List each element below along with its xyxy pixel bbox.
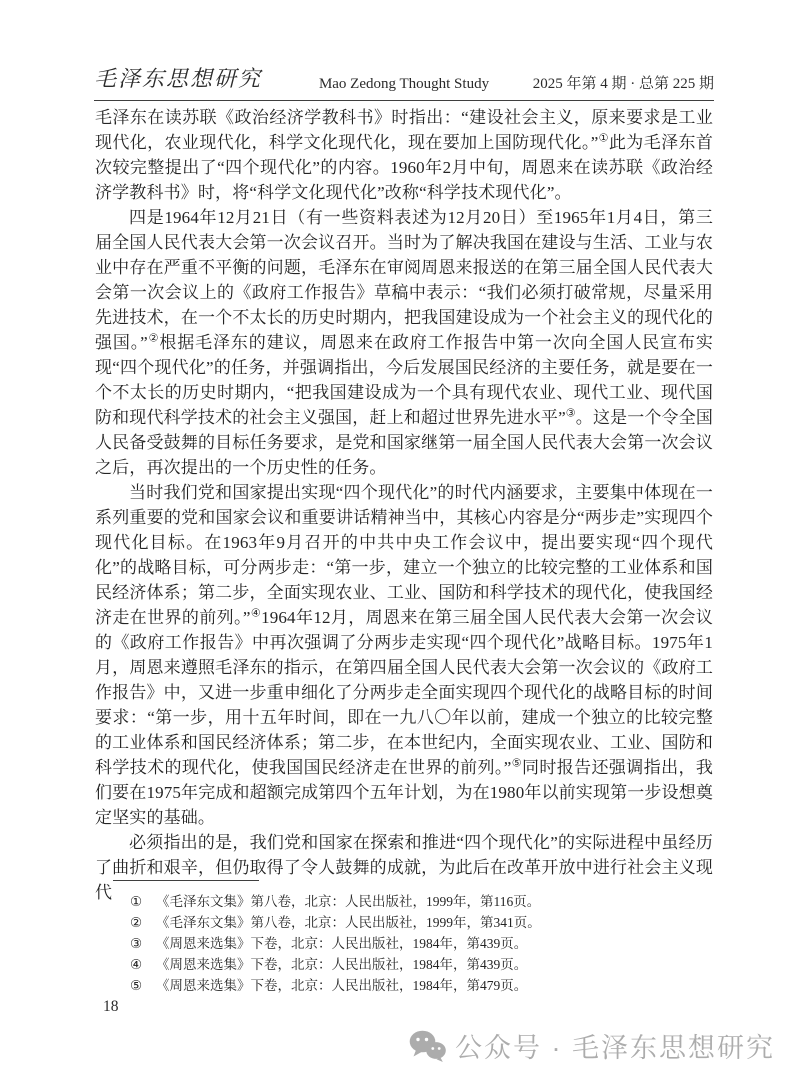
footnote-separator bbox=[113, 880, 259, 881]
paragraph: 毛泽东在读苏联《政治经济学教科书》时指出：“建设社会主义，原来要求是工业现代化，… bbox=[95, 105, 713, 205]
journal-logo: 毛泽东思想研究 bbox=[94, 62, 301, 93]
page-header: 毛泽东思想研究 Mao Zedong Thought Study 2025 年第… bbox=[94, 62, 714, 101]
footnote-marker: ③ bbox=[130, 933, 156, 954]
footnote-ref: ③ bbox=[566, 407, 576, 419]
journal-title-english: Mao Zedong Thought Study bbox=[301, 76, 508, 93]
footnote-marker: ① bbox=[130, 891, 156, 912]
footnote-text: 《周恩来选集》下卷，北京：人民出版社，1984年，第479页。 bbox=[156, 978, 527, 993]
wechat-watermark: 公众号 · 毛泽东思想研究 bbox=[409, 1026, 775, 1065]
footnote-text: 《周恩来选集》下卷，北京：人民出版社，1984年，第439页。 bbox=[156, 957, 527, 972]
journal-page: 毛泽东思想研究 Mao Zedong Thought Study 2025 年第… bbox=[0, 0, 800, 1077]
footnote-item: ①《毛泽东文集》第八卷，北京：人民出版社，1999年，第116页。 bbox=[130, 891, 696, 912]
footnote-item: ⑤《周恩来选集》下卷，北京：人民出版社，1984年，第479页。 bbox=[130, 975, 696, 996]
watermark-text: 公众号 · 毛泽东思想研究 bbox=[455, 1026, 775, 1065]
footnote-item: ④《周恩来选集》下卷，北京：人民出版社，1984年，第439页。 bbox=[130, 954, 696, 975]
footnote-marker: ② bbox=[130, 912, 156, 933]
footnote-marker: ⑤ bbox=[130, 975, 156, 996]
paragraph: 四是1964年12月21日（有一些资料表述为12月20日）至1965年1月4日，… bbox=[95, 205, 713, 480]
footnote-text: 《周恩来选集》下卷，北京：人民出版社，1984年，第439页。 bbox=[156, 936, 527, 951]
footnote-item: ②《毛泽东文集》第八卷，北京：人民出版社，1999年，第341页。 bbox=[130, 912, 696, 933]
footnote-ref: ② bbox=[148, 332, 159, 344]
footnote-text: 《毛泽东文集》第八卷，北京：人民出版社，1999年，第341页。 bbox=[156, 915, 541, 930]
wechat-icon bbox=[409, 1030, 446, 1062]
footnote-ref: ④ bbox=[251, 607, 261, 619]
footnote-text: 《毛泽东文集》第八卷，北京：人民出版社，1999年，第116页。 bbox=[156, 894, 540, 909]
paragraph: 当时我们党和国家提出实现“四个现代化”的时代内涵要求，主要集中体现在一系列重要的… bbox=[95, 480, 713, 830]
page-number: 18 bbox=[103, 998, 119, 1016]
article-body: 毛泽东在读苏联《政治经济学教科书》时指出：“建设社会主义，原来要求是工业现代化，… bbox=[95, 105, 713, 905]
footnotes-list: ①《毛泽东文集》第八卷，北京：人民出版社，1999年，第116页。②《毛泽东文集… bbox=[130, 891, 696, 996]
footnote-item: ③《周恩来选集》下卷，北京：人民出版社，1984年，第439页。 bbox=[130, 933, 696, 954]
footnote-ref: ⑤ bbox=[511, 757, 522, 769]
footnote-ref: ① bbox=[598, 132, 609, 144]
footnote-marker: ④ bbox=[130, 954, 156, 975]
issue-info: 2025 年第 4 期 · 总第 225 期 bbox=[507, 72, 714, 93]
